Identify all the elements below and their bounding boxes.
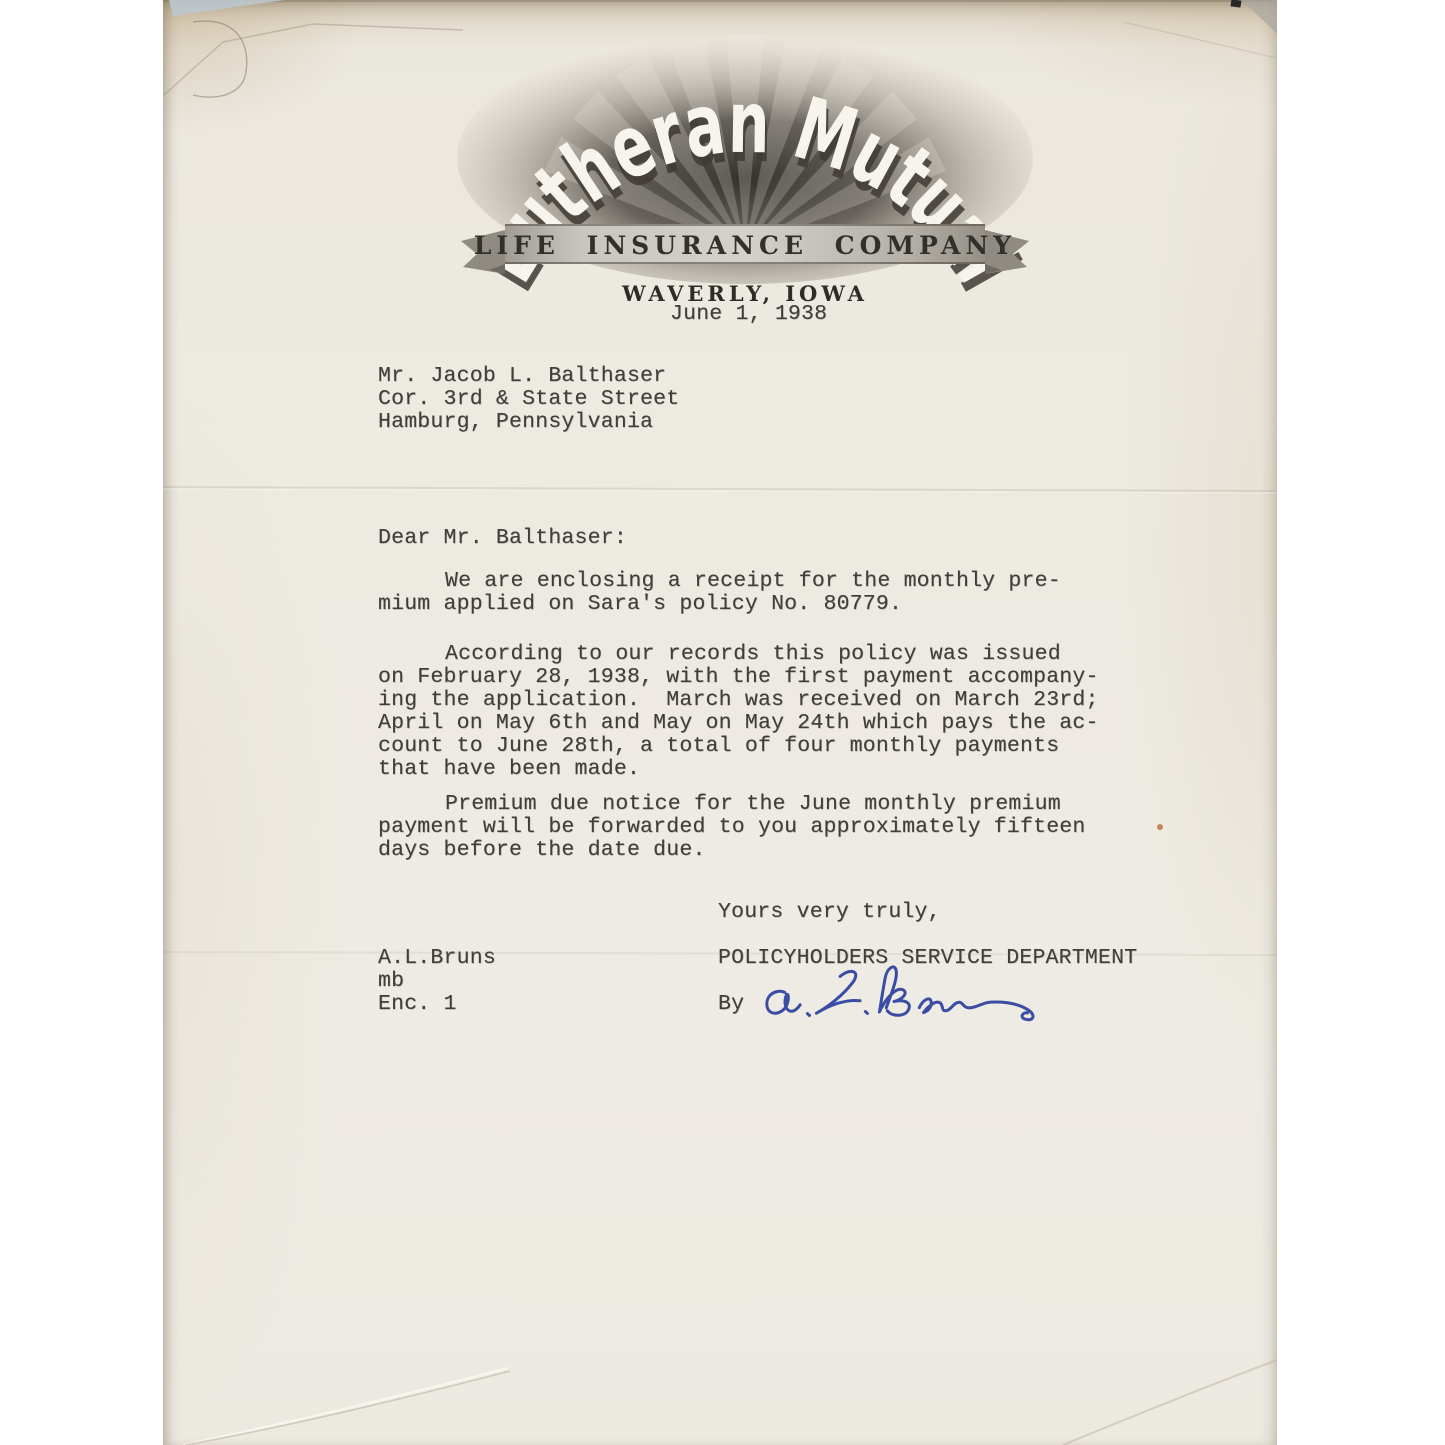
recipient-name: Mr. Jacob L. Balthaser (378, 365, 679, 388)
body-line: April on May 6th and May on May 24th whi… (378, 712, 1099, 735)
body-line: We are enclosing a receipt for the month… (378, 570, 1061, 593)
salutation-line: Dear Mr. Balthaser: (378, 527, 627, 550)
body-line: payment will be forwarded to you approxi… (378, 816, 1086, 839)
valediction-block: Yours very truly, (718, 901, 941, 924)
body-line: According to our records this policy was… (378, 643, 1099, 666)
signature (759, 960, 1069, 1038)
scanned-letter-screenshot: { "letterhead": { "brand": "Lutheran Mut… (0, 0, 1445, 1445)
fold-crease-upper (163, 487, 1277, 491)
letter-page: Lutheran Mutual Lutheran Mutual LIFE INS… (163, 0, 1277, 1445)
body-paragraph-1: We are enclosing a receipt for the month… (378, 570, 1061, 616)
date-line: June 1, 1938 (670, 303, 827, 326)
bottom-crease-highlight (183, 1368, 508, 1445)
recipient-city: Hamburg, Pennsylvania (378, 411, 679, 434)
reference-block: A.L.Bruns mb Enc. 1 (378, 947, 496, 1016)
ribbon-top-edge (505, 224, 985, 226)
typist-initials: mb (378, 970, 496, 993)
recipient-street: Cor. 3rd & State Street (378, 388, 679, 411)
by-label: By (718, 993, 744, 1016)
valediction-line: Yours very truly, (718, 901, 941, 924)
body-line: ing the application. March was received … (378, 689, 1099, 712)
fold-crease-upper-highlight (163, 489, 1277, 493)
body-line: Premium due notice for the June monthly … (378, 793, 1086, 816)
body-line: on February 28, 1938, with the first pay… (378, 666, 1099, 689)
letterhead: Lutheran Mutual Lutheran Mutual LIFE INS… (163, 0, 1277, 345)
bottom-right-crease (1063, 1360, 1277, 1445)
body-paragraph-2: According to our records this policy was… (378, 643, 1099, 781)
date-block: June 1, 1938 (670, 303, 827, 326)
body-line: days before the date due. (378, 839, 1086, 862)
author-initials: A.L.Bruns (378, 947, 496, 970)
rust-speck (1157, 824, 1163, 830)
body-line: that have been made. (378, 758, 1099, 781)
body-line: count to June 28th, a total of four mont… (378, 735, 1099, 758)
enclosure-note: Enc. 1 (378, 993, 496, 1016)
ribbon-label: LIFE INSURANCE COMPANY (474, 231, 1016, 260)
ribbon-bottom-edge (505, 262, 985, 264)
body-line: mium applied on Sara's policy No. 80779. (378, 593, 1061, 616)
body-paragraph-3: Premium due notice for the June monthly … (378, 793, 1086, 862)
recipient-address: Mr. Jacob L. Balthaser Cor. 3rd & State … (378, 365, 679, 434)
by-label-block: By (718, 993, 744, 1016)
bottom-crease-shadow (185, 1371, 510, 1445)
signature-strokes (766, 962, 1033, 1029)
salutation-block: Dear Mr. Balthaser: (378, 527, 627, 550)
